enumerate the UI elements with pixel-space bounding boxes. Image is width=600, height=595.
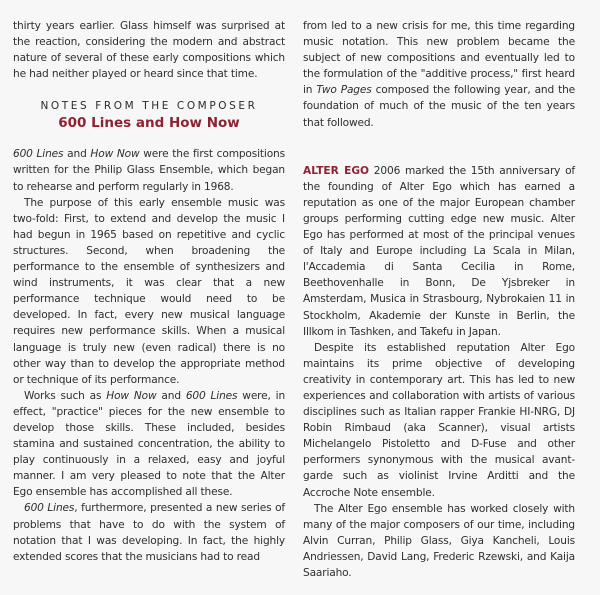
work-title: 600 Lines	[24, 502, 74, 514]
text-run: and	[63, 148, 90, 160]
paragraph-alter-ego-bio: ALTER EGO 2006 marked the 15th anniversa…	[303, 163, 575, 340]
text-run: Works such as	[24, 390, 106, 402]
paragraph-first-compositions: 600 Lines and How Now were the first com…	[13, 146, 285, 194]
text-run: and	[156, 390, 185, 402]
section-kicker: NOTES FROM THE COMPOSER	[13, 98, 285, 114]
paragraph-practice-pieces: Works such as How Now and 600 Lines were…	[13, 388, 285, 501]
work-title: 600 Lines	[186, 390, 238, 402]
left-column: thirty years earlier. Glass himself was …	[13, 18, 285, 565]
booklet-page: thirty years earlier. Glass himself was …	[0, 0, 600, 595]
text-run: 2006 marked the 15th anniversary of the …	[303, 165, 575, 338]
paragraph-composers: The Alter Ego ensemble has worked closel…	[303, 501, 575, 581]
work-title: How Now	[90, 148, 139, 160]
right-column: from led to a new crisis for me, this ti…	[303, 18, 575, 581]
text-run: were, in effect, "practice" pieces for t…	[13, 390, 285, 499]
paragraph-additive-process: from led to a new crisis for me, this ti…	[303, 18, 575, 131]
work-title: 600 Lines	[13, 148, 63, 160]
paragraph-collaborations: Despite its established reputation Alter…	[303, 340, 575, 501]
section-title: 600 Lines and How Now	[13, 114, 285, 132]
intro-paragraph: thirty years earlier. Glass himself was …	[13, 18, 285, 82]
paragraph-purpose: The purpose of this early ensemble music…	[13, 195, 285, 388]
ensemble-name-label: ALTER EGO	[303, 165, 369, 177]
paragraph-notation-problems: 600 Lines, furthermore, presented a new …	[13, 500, 285, 564]
work-title: Two Pages	[316, 84, 371, 96]
work-title: How Now	[106, 390, 156, 402]
